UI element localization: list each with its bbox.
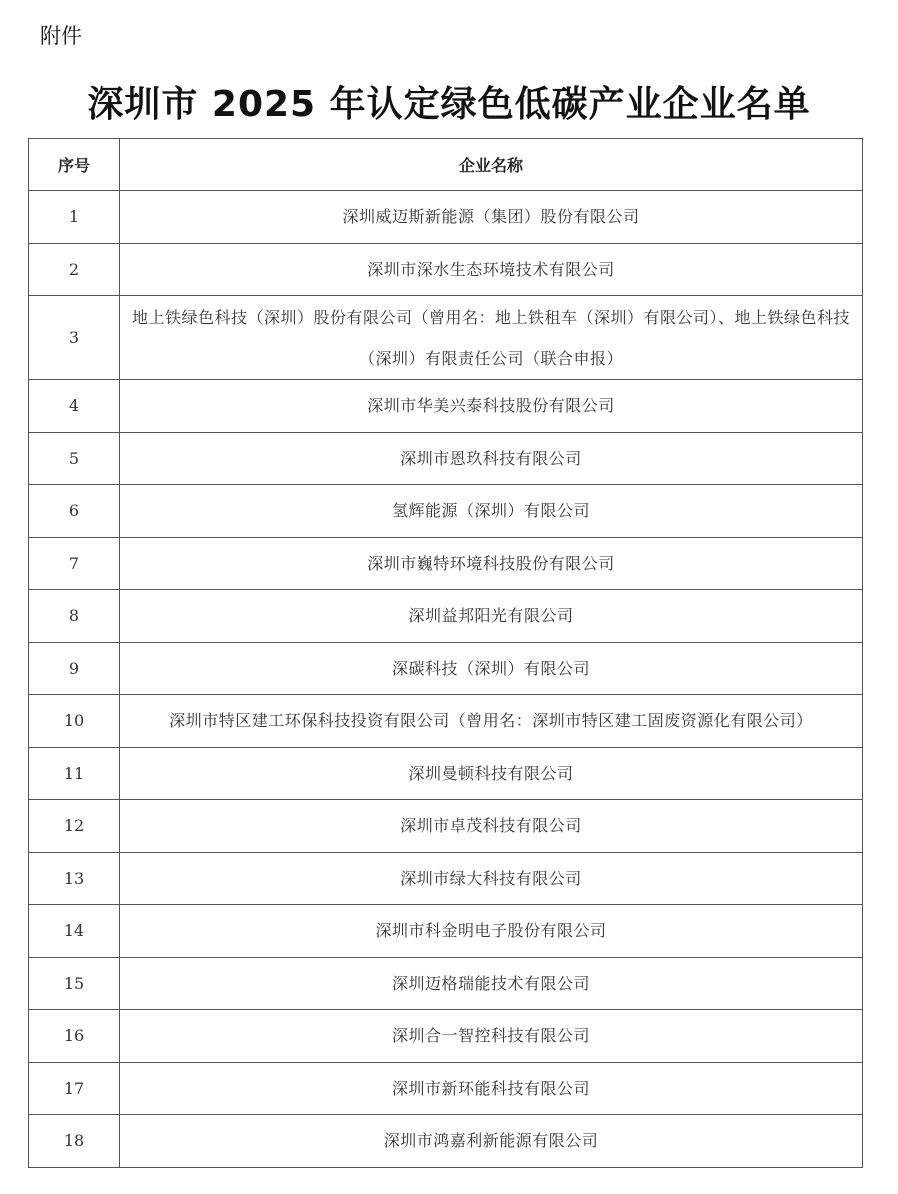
serial-number-cell: 4	[29, 380, 120, 433]
serial-number-cell: 9	[29, 642, 120, 695]
table-row: 3地上铁绿色科技（深圳）股份有限公司（曾用名：地上铁租车（深圳）有限公司）、地上…	[29, 296, 863, 380]
serial-number-cell: 11	[29, 747, 120, 800]
company-name-cell: 深圳市深水生态环境技术有限公司	[120, 243, 863, 296]
serial-number-cell: 7	[29, 537, 120, 590]
serial-number-cell: 13	[29, 852, 120, 905]
company-name-cell: 深圳市华美兴泰科技股份有限公司	[120, 380, 863, 433]
serial-number-cell: 5	[29, 432, 120, 485]
table-row: 2深圳市深水生态环境技术有限公司	[29, 243, 863, 296]
company-name-cell: 深圳市巍特环境科技股份有限公司	[120, 537, 863, 590]
serial-number-cell: 1	[29, 191, 120, 244]
table-row: 17深圳市新环能科技有限公司	[29, 1062, 863, 1115]
table-body: 1深圳威迈斯新能源（集团）股份有限公司2深圳市深水生态环境技术有限公司3地上铁绿…	[29, 191, 863, 1168]
serial-number-cell: 3	[29, 296, 120, 380]
table-row: 9深碳科技（深圳）有限公司	[29, 642, 863, 695]
company-list-table: 序号 企业名称 1深圳威迈斯新能源（集团）股份有限公司2深圳市深水生态环境技术有…	[28, 138, 863, 1168]
company-name-cell: 深圳市绿大科技有限公司	[120, 852, 863, 905]
serial-number-cell: 12	[29, 800, 120, 853]
serial-number-cell: 8	[29, 590, 120, 643]
serial-number-cell: 18	[29, 1115, 120, 1168]
serial-number-cell: 17	[29, 1062, 120, 1115]
company-name-cell: 地上铁绿色科技（深圳）股份有限公司（曾用名：地上铁租车（深圳）有限公司）、地上铁…	[120, 296, 863, 380]
table-row: 5深圳市恩玖科技有限公司	[29, 432, 863, 485]
company-name-cell: 深圳市科金明电子股份有限公司	[120, 905, 863, 958]
table-row: 18深圳市鸿嘉利新能源有限公司	[29, 1115, 863, 1168]
table-row: 4深圳市华美兴泰科技股份有限公司	[29, 380, 863, 433]
table-row: 8深圳益邦阳光有限公司	[29, 590, 863, 643]
header-company-name: 企业名称	[120, 139, 863, 191]
company-name-cell: 深圳市新环能科技有限公司	[120, 1062, 863, 1115]
company-name-cell: 氢辉能源（深圳）有限公司	[120, 485, 863, 538]
company-name-cell: 深圳市卓茂科技有限公司	[120, 800, 863, 853]
document-title: 深圳市 2025 年认定绿色低碳产业企业名单	[0, 76, 898, 127]
serial-number-cell: 15	[29, 957, 120, 1010]
company-name-cell: 深圳市鸿嘉利新能源有限公司	[120, 1115, 863, 1168]
table-row: 14深圳市科金明电子股份有限公司	[29, 905, 863, 958]
serial-number-cell: 10	[29, 695, 120, 748]
header-serial-number: 序号	[29, 139, 120, 191]
serial-number-cell: 14	[29, 905, 120, 958]
company-name-cell: 深圳威迈斯新能源（集团）股份有限公司	[120, 191, 863, 244]
company-name-cell: 深碳科技（深圳）有限公司	[120, 642, 863, 695]
table-row: 1深圳威迈斯新能源（集团）股份有限公司	[29, 191, 863, 244]
table-row: 6氢辉能源（深圳）有限公司	[29, 485, 863, 538]
table-row: 15深圳迈格瑞能技术有限公司	[29, 957, 863, 1010]
serial-number-cell: 16	[29, 1010, 120, 1063]
table-row: 7深圳市巍特环境科技股份有限公司	[29, 537, 863, 590]
company-name-cell: 深圳合一智控科技有限公司	[120, 1010, 863, 1063]
company-name-cell: 深圳迈格瑞能技术有限公司	[120, 957, 863, 1010]
serial-number-cell: 6	[29, 485, 120, 538]
company-name-cell: 深圳市恩玖科技有限公司	[120, 432, 863, 485]
table-row: 10深圳市特区建工环保科技投资有限公司（曾用名：深圳市特区建工固废资源化有限公司…	[29, 695, 863, 748]
serial-number-cell: 2	[29, 243, 120, 296]
company-name-cell: 深圳益邦阳光有限公司	[120, 590, 863, 643]
table-header-row: 序号 企业名称	[29, 139, 863, 191]
table-row: 12深圳市卓茂科技有限公司	[29, 800, 863, 853]
table-row: 16深圳合一智控科技有限公司	[29, 1010, 863, 1063]
table-row: 11深圳曼顿科技有限公司	[29, 747, 863, 800]
company-name-cell: 深圳市特区建工环保科技投资有限公司（曾用名：深圳市特区建工固废资源化有限公司）	[120, 695, 863, 748]
company-name-cell: 深圳曼顿科技有限公司	[120, 747, 863, 800]
table-row: 13深圳市绿大科技有限公司	[29, 852, 863, 905]
attachment-label: 附件	[40, 20, 82, 50]
